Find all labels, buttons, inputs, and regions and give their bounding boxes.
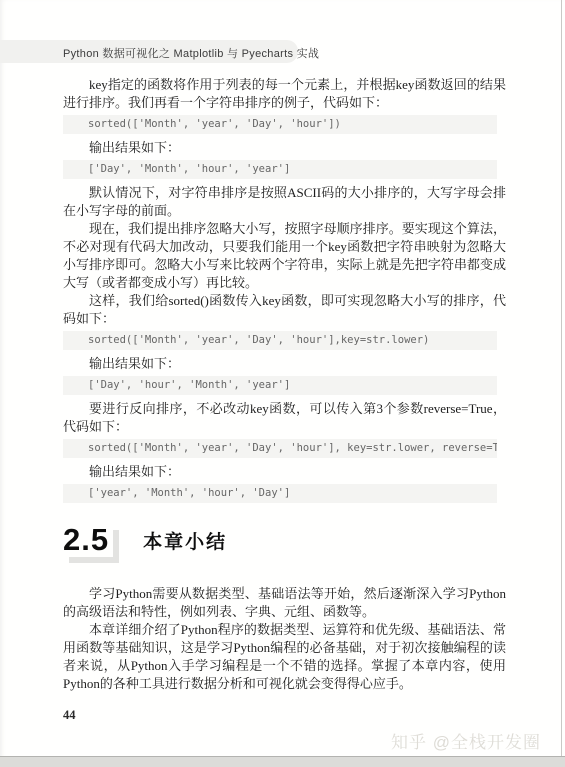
book-page: Python 数据可视化之 Matplotlib 与 Pyecharts 实战 … xyxy=(0,0,565,767)
code-block: ['Day', 'Month', 'hour', 'year'] xyxy=(63,160,497,179)
page-bottom-edge xyxy=(0,756,565,767)
paragraph: 输出结果如下： xyxy=(63,139,506,157)
code-block: sorted(['Month', 'year', 'Day', 'hour'],… xyxy=(63,331,497,350)
paragraph: 输出结果如下： xyxy=(63,463,506,481)
page-right-edge xyxy=(561,0,562,757)
section-number: 2.5 xyxy=(63,524,113,557)
code-block: ['year', 'Month', 'hour', 'Day'] xyxy=(63,484,497,503)
code-block: sorted(['Month', 'year', 'Day', 'hour']) xyxy=(63,115,497,134)
page-number: 44 xyxy=(63,708,76,723)
paragraph: key指定的函数将作用于列表的每一个元素上，并根据key函数返回的结果进行排序。… xyxy=(63,76,506,112)
section-heading: 2.5 本章小结 xyxy=(63,521,506,559)
page-content: key指定的函数将作用于列表的每一个元素上，并根据key函数返回的结果进行排序。… xyxy=(63,76,506,693)
paragraph: 默认情况下，对字符串排序是按照ASCII码的大小排序的，大写字母会排在小写字母的… xyxy=(63,184,506,220)
section-title: 本章小结 xyxy=(143,527,227,554)
code-block: ['Day', 'hour', 'Month', 'year'] xyxy=(63,376,497,395)
paragraph: 本章详细介绍了Python程序的数据类型、运算符和优先级、基础语法、常用函数等基… xyxy=(63,621,506,693)
paragraph: 现在，我们提出排序忽略大小写，按照字母顺序排序。要实现这个算法，不必对现有代码大… xyxy=(63,220,506,292)
paragraph: 这样，我们给sorted()函数传入key函数，即可实现忽略大小写的排序，代码如… xyxy=(63,292,506,328)
paragraph: 输出结果如下： xyxy=(63,355,506,373)
code-block: sorted(['Month', 'year', 'Day', 'hour'],… xyxy=(63,439,497,458)
paragraph: 学习Python需要从数据类型、基础语法等开始，然后逐渐深入学习Python的高… xyxy=(63,585,506,621)
running-header-title: Python 数据可视化之 Matplotlib 与 Pyecharts 实战 xyxy=(63,45,319,61)
paragraph: 要进行反向排序，不必改动key函数，可以传入第3个参数reverse=True，… xyxy=(63,400,506,436)
watermark-text: 知乎 @全栈开发圈 xyxy=(391,728,541,753)
